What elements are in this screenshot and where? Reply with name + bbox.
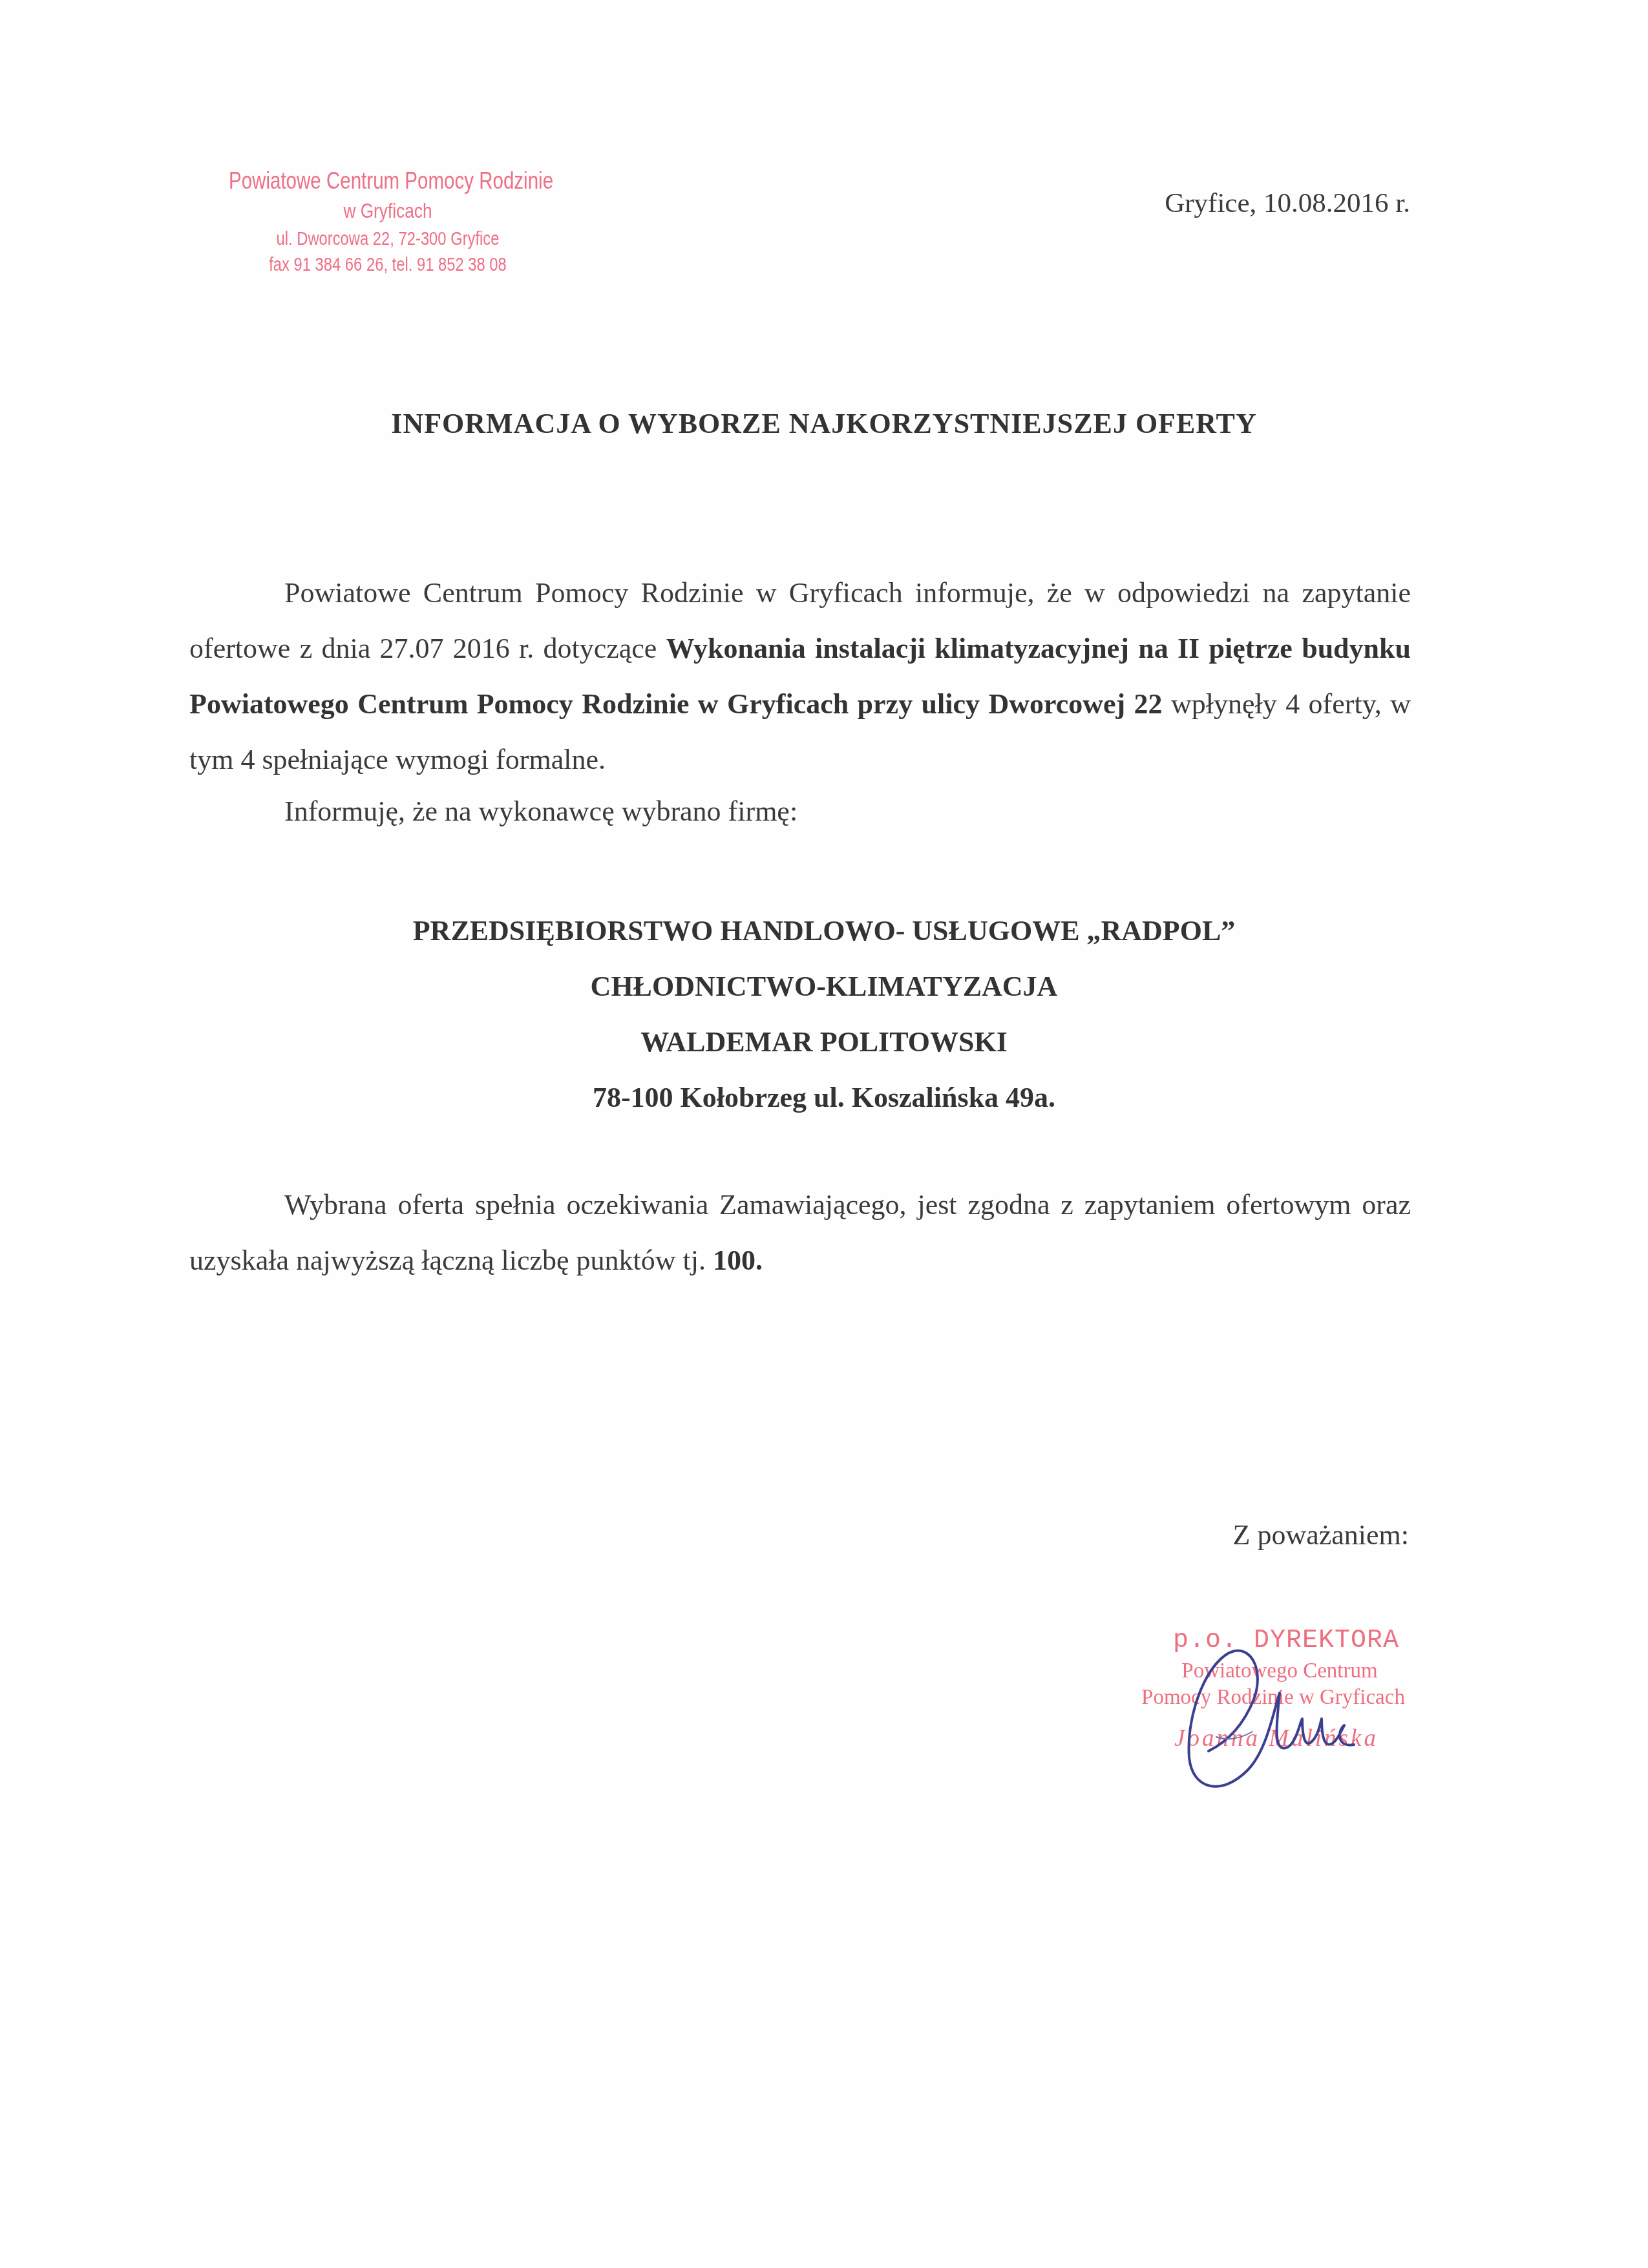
paragraph-justification: Wybrana oferta spełnia oczekiwania Zamaw… xyxy=(189,1177,1411,1288)
stamp-org-name: Powiatowe Centrum Pomocy Rodzinie xyxy=(229,169,547,193)
closing-salutation: Z poważaniem: xyxy=(1233,1518,1409,1551)
paragraph-offer-info: Powiatowe Centrum Pomocy Rodzinie w Gryf… xyxy=(189,565,1411,788)
stamp-org-city: w Gryficach xyxy=(229,200,547,221)
company-name: PRZEDSIĘBIORSTWO HANDLOWO- USŁUGOWE „RAD… xyxy=(0,903,1648,959)
company-owner: WALDEMAR POLITOWSKI xyxy=(0,1014,1648,1070)
header-stamp: Powiatowe Centrum Pomocy Rodzinie w Gryf… xyxy=(194,169,582,275)
document-title: INFORMACJA O WYBORZE NAJKORZYSTNIEJSZEJ … xyxy=(0,407,1648,440)
company-trade: CHŁODNICTWO-KLIMATYZACJA xyxy=(0,959,1648,1014)
paragraph-justification-text: Wybrana oferta spełnia oczekiwania Zamaw… xyxy=(189,1189,1411,1276)
selected-company-block: PRZEDSIĘBIORSTWO HANDLOWO- USŁUGOWE „RAD… xyxy=(0,903,1648,1126)
company-address: 78-100 Kołobrzeg ul. Koszalińska 49a. xyxy=(0,1070,1648,1126)
selected-contractor-intro: Informuję, że na wykonawcę wybrano firmę… xyxy=(284,784,798,839)
document-date: Gryfice, 10.08.2016 r. xyxy=(1165,187,1410,219)
stamp-org-address: ul. Dworcowa 22, 72-300 Gryfice xyxy=(229,230,547,249)
points-total: 100. xyxy=(713,1244,763,1276)
stamp-org-contact: fax 91 384 66 26, tel. 91 852 38 08 xyxy=(229,256,547,275)
handwritten-signature-icon xyxy=(1183,1635,1377,1796)
